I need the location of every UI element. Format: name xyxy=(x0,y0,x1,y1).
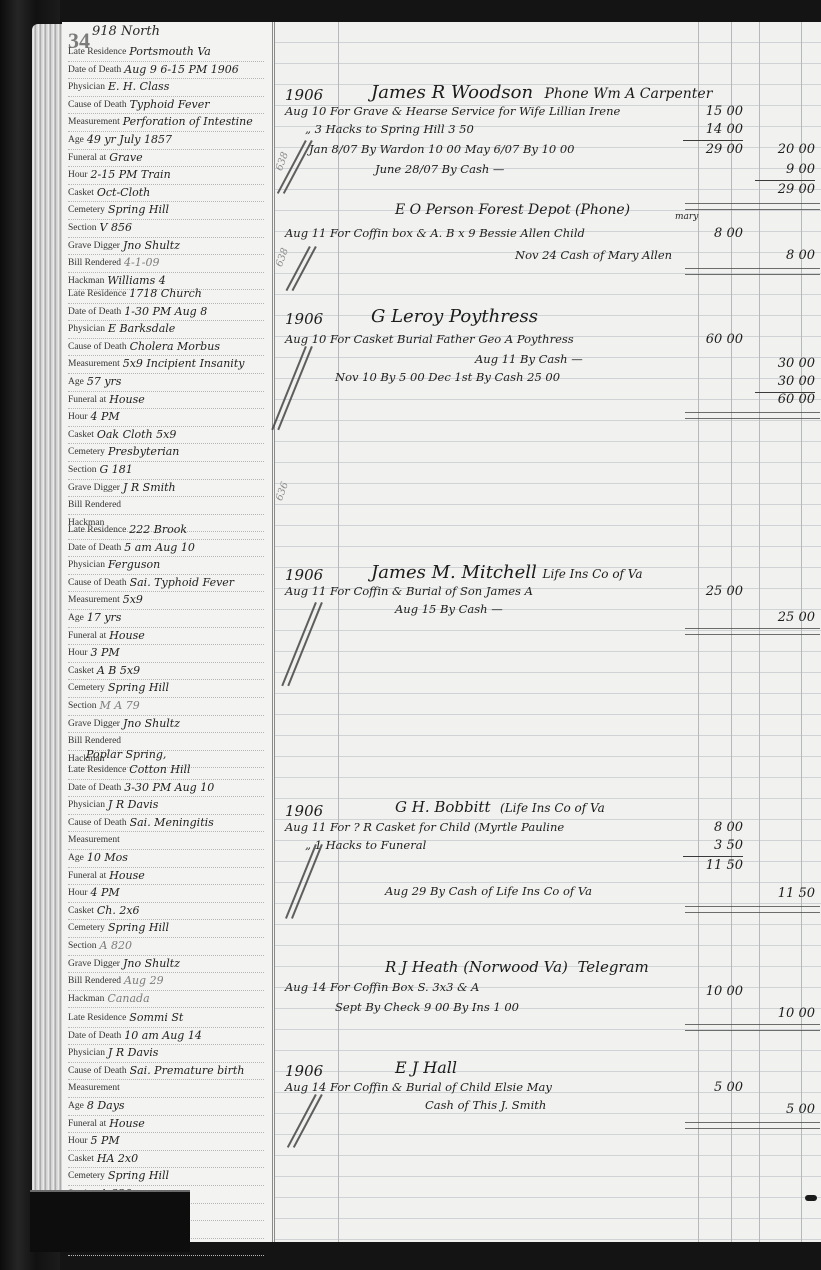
tick-mark xyxy=(287,602,322,686)
field-late-residence: Late ResidenceCotton Hill xyxy=(68,762,264,780)
credit-amount: 5 00 xyxy=(755,1102,815,1120)
field-age: Age49 yr July 1857 xyxy=(68,132,264,150)
tick-mark xyxy=(281,602,316,686)
book-cover-corner xyxy=(30,1190,190,1252)
account-name: G H. Bobbitt (Life Ins Co of Va xyxy=(395,798,605,816)
entry-year: 1906 xyxy=(285,802,323,820)
field-bill-rendered: Bill Rendered4-1-09 xyxy=(68,255,264,273)
record-form-mitchell: Late Residence222 Brook Date of Death5 a… xyxy=(68,522,270,768)
field-funeral-at: Funeral atHouse xyxy=(68,392,264,410)
record-forms-column: 34 918 North Late ResidencePortsmouth Va… xyxy=(62,22,275,1242)
entry-line: Nov 24 Cash of Mary Allen xyxy=(515,248,672,268)
debit-amount: 3 50 xyxy=(683,838,743,857)
field-age: Age10 Mos xyxy=(68,850,264,868)
entry-line: June 28/07 By Cash — xyxy=(375,162,504,182)
field-late-residence: Late ResidenceSommi St xyxy=(68,1010,264,1028)
entry-line: Aug 11 For Coffin box & A. B x 9 Bessie … xyxy=(285,226,585,246)
credit-amount: 11 50 xyxy=(755,886,815,904)
field-age: Age8 Days xyxy=(68,1098,264,1116)
field-cemetery: CemeterySpring Hill xyxy=(68,202,264,220)
field-casket: CasketOct-Cloth xyxy=(68,185,264,203)
entry-line: Sept By Check 9 00 By Ins 1 00 xyxy=(335,1000,519,1020)
closing-double-rule xyxy=(685,906,820,913)
field-grave-digger: Grave DiggerJno Shultz xyxy=(68,238,264,256)
field-cause-of-death: Cause of DeathSai. Typhoid Fever xyxy=(68,575,264,593)
field-measurement: Measurement5x9 Incipient Insanity xyxy=(68,356,264,374)
field-hackman: HackmanCanada xyxy=(68,991,264,1009)
credit-amount: 9 00 xyxy=(755,162,815,181)
debit-amount: 15 00 xyxy=(683,104,743,122)
entry-year: 1906 xyxy=(285,1062,323,1080)
entry-line: „ 3 Hacks to Spring Hill 3 50 xyxy=(305,122,474,142)
entry-line: Cash of This J. Smith xyxy=(425,1098,546,1118)
field-section: SectionM A 79 xyxy=(68,698,264,716)
tick-mark xyxy=(287,1094,316,1148)
field-casket: CasketOak Cloth 5x9 xyxy=(68,427,264,445)
field-bill-rendered: Bill Rendered xyxy=(68,497,264,515)
credit-amount: 25 00 xyxy=(755,610,815,628)
field-date-of-death: Date of Death5 am Aug 10 xyxy=(68,540,264,558)
debit-amount: 8 00 xyxy=(683,820,743,838)
field-section: SectionA 820 xyxy=(68,938,264,956)
field-age: Age57 yrs xyxy=(68,374,264,392)
credit-amount: 8 00 xyxy=(755,248,815,266)
field-funeral-at: Funeral atHouse xyxy=(68,628,264,646)
entry-note: mary xyxy=(675,212,698,232)
field-late-residence: Late Residence222 Brook xyxy=(68,522,264,540)
tick-mark xyxy=(271,346,306,430)
credit-total: 60 00 xyxy=(755,392,815,410)
tick-mark xyxy=(283,140,312,194)
field-cemetery: CemeterySpring Hill xyxy=(68,1168,264,1186)
entry-line: Aug 14 For Coffin Box S. 3x3 & A xyxy=(285,980,479,1000)
credit-amount: 20 00 xyxy=(755,142,815,160)
closing-double-rule xyxy=(685,1024,820,1031)
tick-mark xyxy=(277,346,312,430)
field-age: Age17 yrs xyxy=(68,610,264,628)
field-grave-digger: Grave DiggerJ R Smith xyxy=(68,480,264,498)
field-date-of-death: Date of Death1-30 PM Aug 8 xyxy=(68,304,264,322)
field-hour: Hour2-15 PM Train xyxy=(68,167,264,185)
record-extra-note: Poplar Spring, xyxy=(68,748,270,762)
ledger-page: 34 918 North Late ResidencePortsmouth Va… xyxy=(62,22,821,1242)
account-name: James M. Mitchell Life Ins Co of Va xyxy=(371,562,643,583)
credit-total: 29 00 xyxy=(755,182,815,200)
field-cause-of-death: Cause of DeathTyphoid Fever xyxy=(68,97,264,115)
entry-line: „ 1 Hacks to Funeral xyxy=(305,838,426,858)
debit-amount: 5 00 xyxy=(683,1080,743,1098)
record-form-poythress: Late Residence1718 Church Date of Death1… xyxy=(68,286,270,532)
field-hour: Hour5 PM xyxy=(68,1133,264,1151)
account-ledger: 1906James R Woodson Phone Wm A Carpenter… xyxy=(275,22,821,1242)
field-measurement: Measurement xyxy=(68,1080,264,1098)
field-measurement: Measurement xyxy=(68,832,264,850)
closing-double-rule xyxy=(685,412,820,419)
entry-year: 1906 xyxy=(285,310,323,328)
debit-amount: 14 00 xyxy=(683,122,743,141)
field-physician: PhysicianJ R Davis xyxy=(68,1045,264,1063)
field-grave-digger: Grave DiggerJno Shultz xyxy=(68,956,264,974)
field-physician: PhysicianFerguson xyxy=(68,557,264,575)
field-funeral-at: Funeral atHouse xyxy=(68,868,264,886)
page-edges xyxy=(32,24,64,1229)
field-hour: Hour4 PM xyxy=(68,885,264,903)
entry-year: 1906 xyxy=(285,566,323,584)
field-measurement: Measurement5x9 xyxy=(68,592,264,610)
field-cemetery: CemeterySpring Hill xyxy=(68,680,264,698)
credit-amount: 30 00 xyxy=(755,356,815,374)
debit-amount: 25 00 xyxy=(683,584,743,602)
field-hour: Hour4 PM xyxy=(68,409,264,427)
entry-line: Aug 11 By Cash — xyxy=(475,352,583,372)
closing-double-rule xyxy=(685,1122,820,1129)
debit-total: 11 50 xyxy=(683,858,743,876)
field-date-of-death: Date of Death3-30 PM Aug 10 xyxy=(68,780,264,798)
field-late-residence: Late Residence1718 Church xyxy=(68,286,264,304)
record-form-bobbitt: Poplar Spring, Late ResidenceCotton Hill… xyxy=(68,748,270,1008)
ref-number: 638 xyxy=(274,247,291,269)
tick-mark xyxy=(285,844,316,919)
entry-line: Aug 29 By Cash of Life Ins Co of Va xyxy=(385,884,592,904)
entry-line: Nov 10 By 5 00 Dec 1st By Cash 25 00 xyxy=(335,370,560,390)
debit-amount: 60 00 xyxy=(683,332,743,350)
ref-number: 636 xyxy=(274,481,291,503)
field-funeral-at: Funeral atGrave xyxy=(68,150,264,168)
account-name: E J Hall xyxy=(395,1058,457,1077)
debit-amount: 29 00 xyxy=(683,142,743,160)
page-edge-mark xyxy=(805,1195,817,1201)
closing-double-rule xyxy=(685,628,820,635)
field-measurement: MeasurementPerforation of Intestine xyxy=(68,114,264,132)
field-grave-digger: Grave DiggerJno Shultz xyxy=(68,716,264,734)
record-form-woodson: Late ResidencePortsmouth Va Date of Deat… xyxy=(68,44,270,290)
field-date-of-death: Date of Death10 am Aug 14 xyxy=(68,1028,264,1046)
field-section: SectionV 856 xyxy=(68,220,264,238)
field-physician: PhysicianE Barksdale xyxy=(68,321,264,339)
field-funeral-at: Funeral atHouse xyxy=(68,1116,264,1134)
entry-line: Aug 14 For Coffin & Burial of Child Elsi… xyxy=(285,1080,552,1100)
entry-line: Aug 11 For Coffin & Burial of Son James … xyxy=(285,584,533,604)
field-cemetery: CemeteryPresbyterian xyxy=(68,444,264,462)
field-casket: CasketHA 2x0 xyxy=(68,1151,264,1169)
account-name: E O Person Forest Depot (Phone) xyxy=(395,202,630,218)
field-cemetery: CemeterySpring Hill xyxy=(68,920,264,938)
account-name: James R Woodson Phone Wm A Carpenter xyxy=(371,82,712,103)
field-bill-rendered: Bill RenderedAug 29 xyxy=(68,973,264,991)
entry-year: 1906 xyxy=(285,86,323,104)
account-name: G Leroy Poythress xyxy=(371,306,538,327)
field-physician: PhysicianE. H. Class xyxy=(68,79,264,97)
entry-line: Aug 11 For ? R Casket for Child (Myrtle … xyxy=(285,820,564,840)
entry-line: Aug 10 For Casket Burial Father Geo A Po… xyxy=(285,332,574,352)
entry-line: Jan 8/07 By Wardon 10 00 May 6/07 By 10 … xyxy=(309,142,575,162)
entry-line: Aug 15 By Cash — xyxy=(395,602,503,622)
entry-line: Aug 10 For Grave & Hearse Service for Wi… xyxy=(285,104,620,124)
field-cause-of-death: Cause of DeathSai. Premature birth xyxy=(68,1063,264,1081)
field-cause-of-death: Cause of DeathSai. Meningitis xyxy=(68,815,264,833)
field-date-of-death: Date of DeathAug 9 6-15 PM 1906 xyxy=(68,62,264,80)
field-cause-of-death: Cause of DeathCholera Morbus xyxy=(68,339,264,357)
field-casket: CasketA B 5x9 xyxy=(68,663,264,681)
page-top-note: 918 North xyxy=(92,24,160,39)
tick-mark xyxy=(293,1094,322,1148)
field-physician: PhysicianJ R Davis xyxy=(68,797,264,815)
debit-amount: 10 00 xyxy=(683,984,743,1002)
account-name: R J Heath (Norwood Va) Telegram xyxy=(385,958,649,976)
credit-amount: 30 00 xyxy=(755,374,815,393)
credit-amount: 10 00 xyxy=(755,1006,815,1024)
field-casket: CasketCh. 2x6 xyxy=(68,903,264,921)
field-hour: Hour3 PM xyxy=(68,645,264,663)
field-late-residence: Late ResidencePortsmouth Va xyxy=(68,44,264,62)
field-section: SectionG 181 xyxy=(68,462,264,480)
closing-double-rule xyxy=(685,268,820,275)
